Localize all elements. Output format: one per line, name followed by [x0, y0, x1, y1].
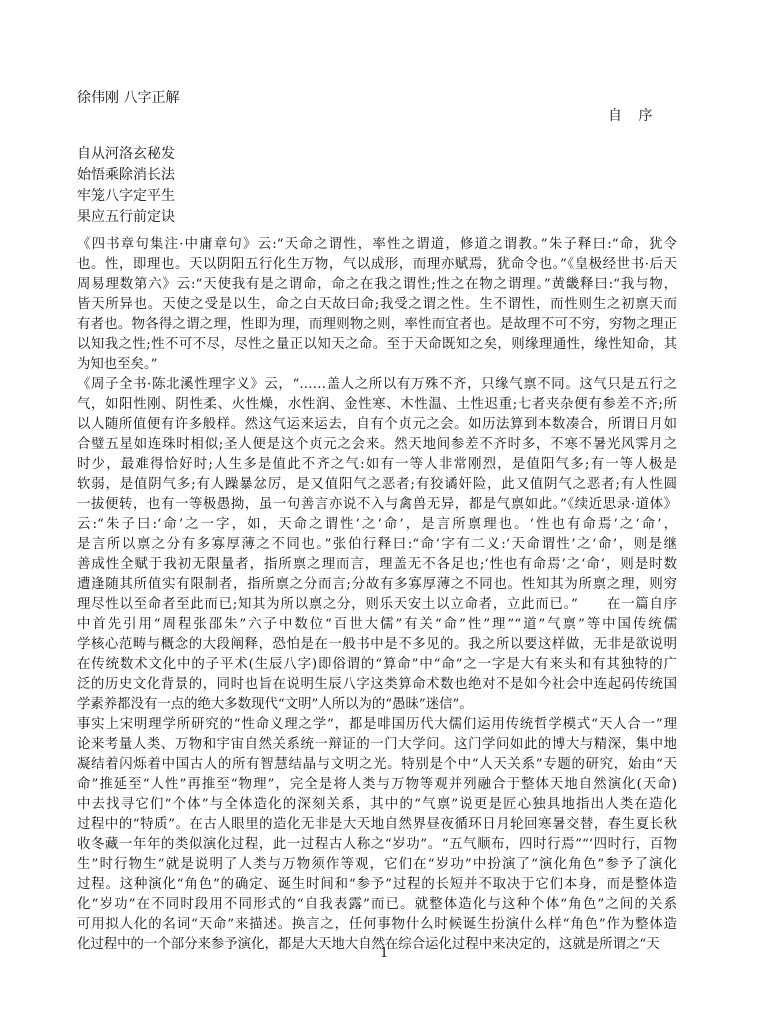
body-line: 气，如阳性刚、阴性柔、火性燥，水性润、金性寒、木性温、土性迟重;七者夹杂便有参差…: [77, 395, 677, 415]
body-line: 可用拟人化的名词“天命”来描述。换言之，任何事物什么时候诞生扮演什么样“角色”作…: [77, 915, 677, 935]
body-line: 凝结着闪烁着中国古人的所有智慧结晶与文明之光。特别是个中“人天关系”专题的研究，…: [77, 755, 677, 775]
body-line: 是言所以禀之分有多寡厚薄之不同也。”张伯行释曰:“命’字有二义:‘天命谓性’之‘…: [77, 535, 677, 555]
body-line: 在传统数术文化中的子平术(生辰八字)即俗谓的“算命”中“命”之一字是大有来头和有…: [77, 655, 677, 675]
body-line: 学核心范畴与概念的大段阐释，恐怕是在一般书中是不多见的。我之所以要这样做，无非是…: [77, 635, 677, 655]
body-line: 化“岁功”在不同时段用不同形式的“自我表露”而已。就整体造化与这种个体“角色”之…: [77, 895, 677, 915]
body-line: 理尽性以至命者至此而已;知其为所以禀之分，则乐天安土以立命者，立此而已。” 在一…: [77, 595, 677, 615]
section-title: 自 序: [608, 106, 658, 126]
body-line: 也。性，即理也。天以阴阳五行化生万物，气以成形，而理亦赋焉，犹命令也。”《皇极经…: [77, 255, 677, 275]
body-line: 善成性全赋于我初无限量者，指所禀之理而言，理盖无不各足也;‘性也有命焉’之‘命’…: [77, 555, 677, 575]
page-number: 1: [380, 946, 388, 962]
body-line: 《周子全书·陈北溪性理字义》云，“……盖人之所以有万殊不齐，只缘气禀不同。这气只…: [77, 375, 677, 395]
body-line: 事实上宋明理学所研究的“性命义理之学”，都是啡国历代大儒们运用传统哲学模式“天人…: [77, 715, 677, 735]
body-line: 中去找寻它们“个体”与全体造化的深刻关系，其中的“气禀”说更是匠心独具地指出人类…: [77, 795, 677, 815]
body-line: 学素养都没有一点的绝大多数现代“文明”人所以为的“愚昧”迷信”。: [77, 695, 677, 715]
body-line: 生”时行物生”就是说明了人类与万物须作等观，它们在“岁功”中扮演了“演化角色”参…: [77, 855, 677, 875]
body-line: 云:“朱子曰:‘命’之一字，如，天命之谓性’之‘命’，是言所禀理也。‘性也有命焉…: [77, 515, 677, 535]
poem-line: 始悟乘除消长法: [77, 165, 175, 186]
body-line: 以人随所值便有许多般样。然这气运来运去，自有个贞元之会。如历法算到本数凑合，所谓…: [77, 415, 677, 435]
poem-line: 牢笼八字定平生: [77, 186, 175, 207]
document-header: 徐伟刚 八字正解: [77, 88, 179, 108]
body-line: 遭逢随其所值实有限制者，指所禀之分而言;分故有多寡厚薄之不同也。性知其为所禀之理…: [77, 575, 677, 595]
body-line: 为知也至矣。”: [77, 355, 677, 375]
body-line: 软弱，是值阴气多;有人躁暴忿厉，是又值阳气之恶者;有狡谲奸险，此又值阴气之恶者;…: [77, 475, 677, 495]
poem-line: 自从河洛玄秘发: [77, 144, 175, 165]
body-line: 时少，最难得恰好时;人生多是值此不齐之气:如有一等人非常刚烈，是值阳气多;有一等…: [77, 455, 677, 475]
body-line: 过程中的“特质”。在古人眼里的造化无非是大天地自然界昼夜循环日月轮回寒暑交替，春…: [77, 815, 677, 835]
body-text: 《四书章句集注·中庸章句》云:“天命之谓性，率性之谓道，修道之谓教。”朱子释曰:…: [77, 235, 677, 955]
body-line: 收冬藏一年年的类似演化过程，此一过程古人称之“岁功”。“五气顺布，四时行焉”“‘…: [77, 835, 677, 855]
body-line: 命”推延至“人性”再推至“物理”，完全是将人类与万物等观并列融合于整体天地自然演…: [77, 775, 677, 795]
poem-line: 果应五行前定诀: [77, 207, 175, 228]
body-line: 周易理数第六》云:“天使我有是之谓命，命之在我之谓性;性之在物之谓理。”黄畿释曰…: [77, 275, 677, 295]
body-line: 《四书章句集注·中庸章句》云:“天命之谓性，率性之谓道，修道之谓教。”朱子释曰:…: [77, 235, 677, 255]
body-line: 皆天所异也。天使之受是以生，命之白天故曰命;我受之谓之性。生不谓性，而性则生之初…: [77, 295, 677, 315]
body-line: 过程。这种演化“角色”的确定、诞生时间和“参予”过程的长短并不取决于它们本身，而…: [77, 875, 677, 895]
body-line: 合璧五星如连珠时相似;圣人便是这个贞元之会来。然天地间参差不齐时多，不寒不暑光风…: [77, 435, 677, 455]
body-line: 以知我之性;性不可不尽，尽性之量正以知天之命。至于天命既知之矣，则缘理通性，缘性…: [77, 335, 677, 355]
body-line: 一拔便转，也有一等极愚拗，虽一句善言亦说不入与禽兽无异，都是气禀如此。”《续近思…: [77, 495, 677, 515]
body-line: 泛的历史文化背景的，同时也旨在说明生辰八字这类算命术数也绝对不是如今社会中连起码…: [77, 675, 677, 695]
body-line: 化过程中的一个部分来参予演化，都是大天地大自然在综合运化过程中来决定的，这就是所…: [77, 935, 677, 955]
document-page: 徐伟刚 八字正解 自 序 自从河洛玄秘发 始悟乘除消长法 牢笼八字定平生 果应五…: [0, 0, 768, 1024]
opening-poem: 自从河洛玄秘发 始悟乘除消长法 牢笼八字定平生 果应五行前定诀: [77, 144, 175, 228]
body-line: 论来考量人类、万物和宇宙自然关系统一辩证的一门大学问。这门学问如此的博大与精深，…: [77, 735, 677, 755]
body-line: 中首先引用“周程张邵朱”六子中数位“百世大儒”有关“命”性”理”“道”气禀”等中…: [77, 615, 677, 635]
body-line: 有者也。物各得之谓之理，性即为理，而理则物之则，率性而宜者也。是故理不可不穷，穷…: [77, 315, 677, 335]
